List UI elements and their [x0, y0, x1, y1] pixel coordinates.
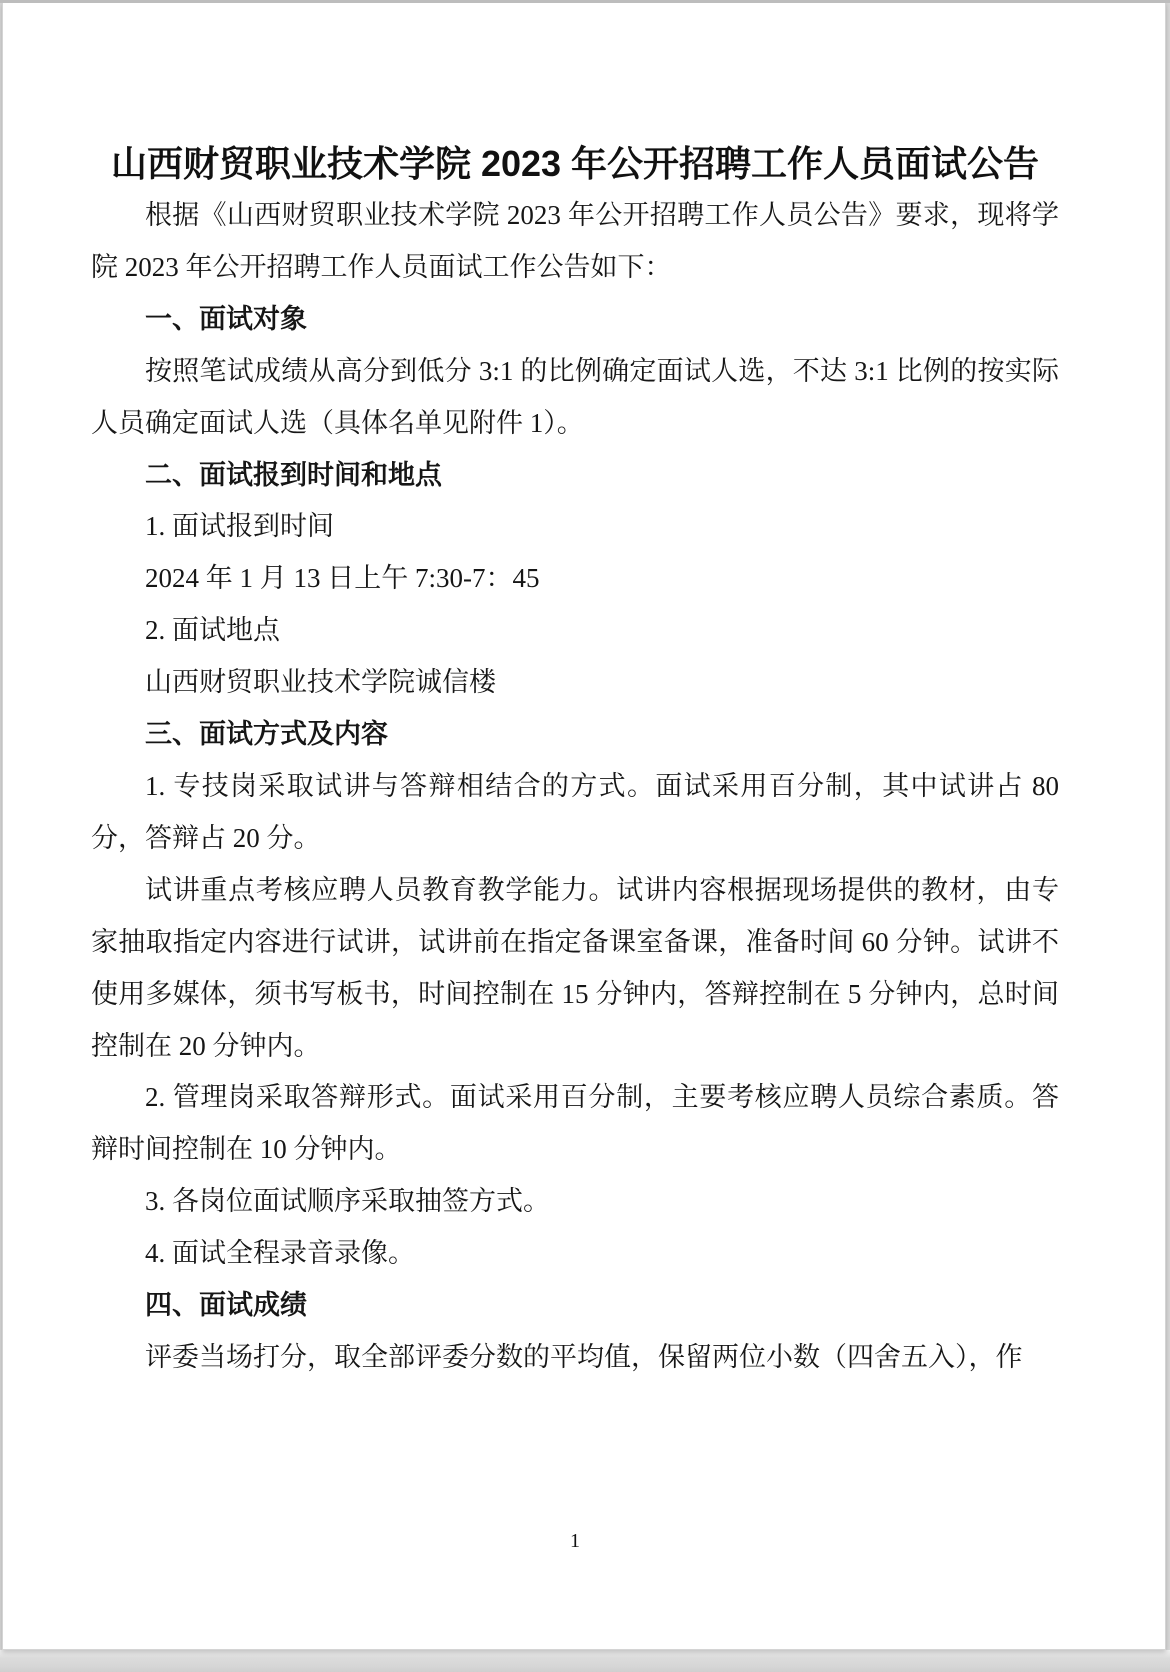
paragraph: 2. 面试地点	[91, 605, 1059, 657]
paragraph: 按照笔试成绩从高分到低分 3:1 的比例确定面试人选，不达 3:1 比例的按实际…	[91, 346, 1059, 450]
paragraph: 试讲重点考核应聘人员教育教学能力。试讲内容根据现场提供的教材，由专家抽取指定内容…	[91, 865, 1059, 1073]
section-heading-1: 一、面试对象	[91, 294, 1059, 346]
paragraph: 评委当场打分，取全部评委分数的平均值，保留两位小数（四舍五入），作	[91, 1332, 1059, 1384]
section-heading-3: 三、面试方式及内容	[91, 709, 1059, 761]
page-number: 1	[91, 1530, 1059, 1553]
paragraph-intro: 根据《山西财贸职业技术学院 2023 年公开招聘工作人员公告》要求，现将学院 2…	[91, 190, 1059, 294]
paragraph: 3. 各岗位面试顺序采取抽签方式。	[91, 1176, 1059, 1228]
paragraph: 4. 面试全程录音录像。	[91, 1228, 1059, 1280]
document-page: 山西财贸职业技术学院 2023 年公开招聘工作人员面试公告 根据《山西财贸职业技…	[2, 2, 1166, 1650]
document-title: 山西财贸职业技术学院 2023 年公开招聘工作人员面试公告	[91, 138, 1059, 190]
paragraph: 1. 面试报到时间	[91, 501, 1059, 553]
paragraph: 山西财贸职业技术学院诚信楼	[91, 657, 1059, 709]
viewer-top-edge	[0, 0, 1170, 3]
document-content: 山西财贸职业技术学院 2023 年公开招聘工作人员面试公告 根据《山西财贸职业技…	[3, 3, 1165, 1553]
section-heading-4: 四、面试成绩	[91, 1280, 1059, 1332]
viewer-bottom-strip	[0, 1650, 1170, 1672]
section-heading-2: 二、面试报到时间和地点	[91, 450, 1059, 502]
paragraph: 1. 专技岗采取试讲与答辩相结合的方式。面试采用百分制，其中试讲占 80 分，答…	[91, 761, 1059, 865]
paragraph: 2. 管理岗采取答辩形式。面试采用百分制，主要考核应聘人员综合素质。答辩时间控制…	[91, 1072, 1059, 1176]
paragraph: 2024 年 1 月 13 日上午 7:30-7：45	[91, 553, 1059, 605]
